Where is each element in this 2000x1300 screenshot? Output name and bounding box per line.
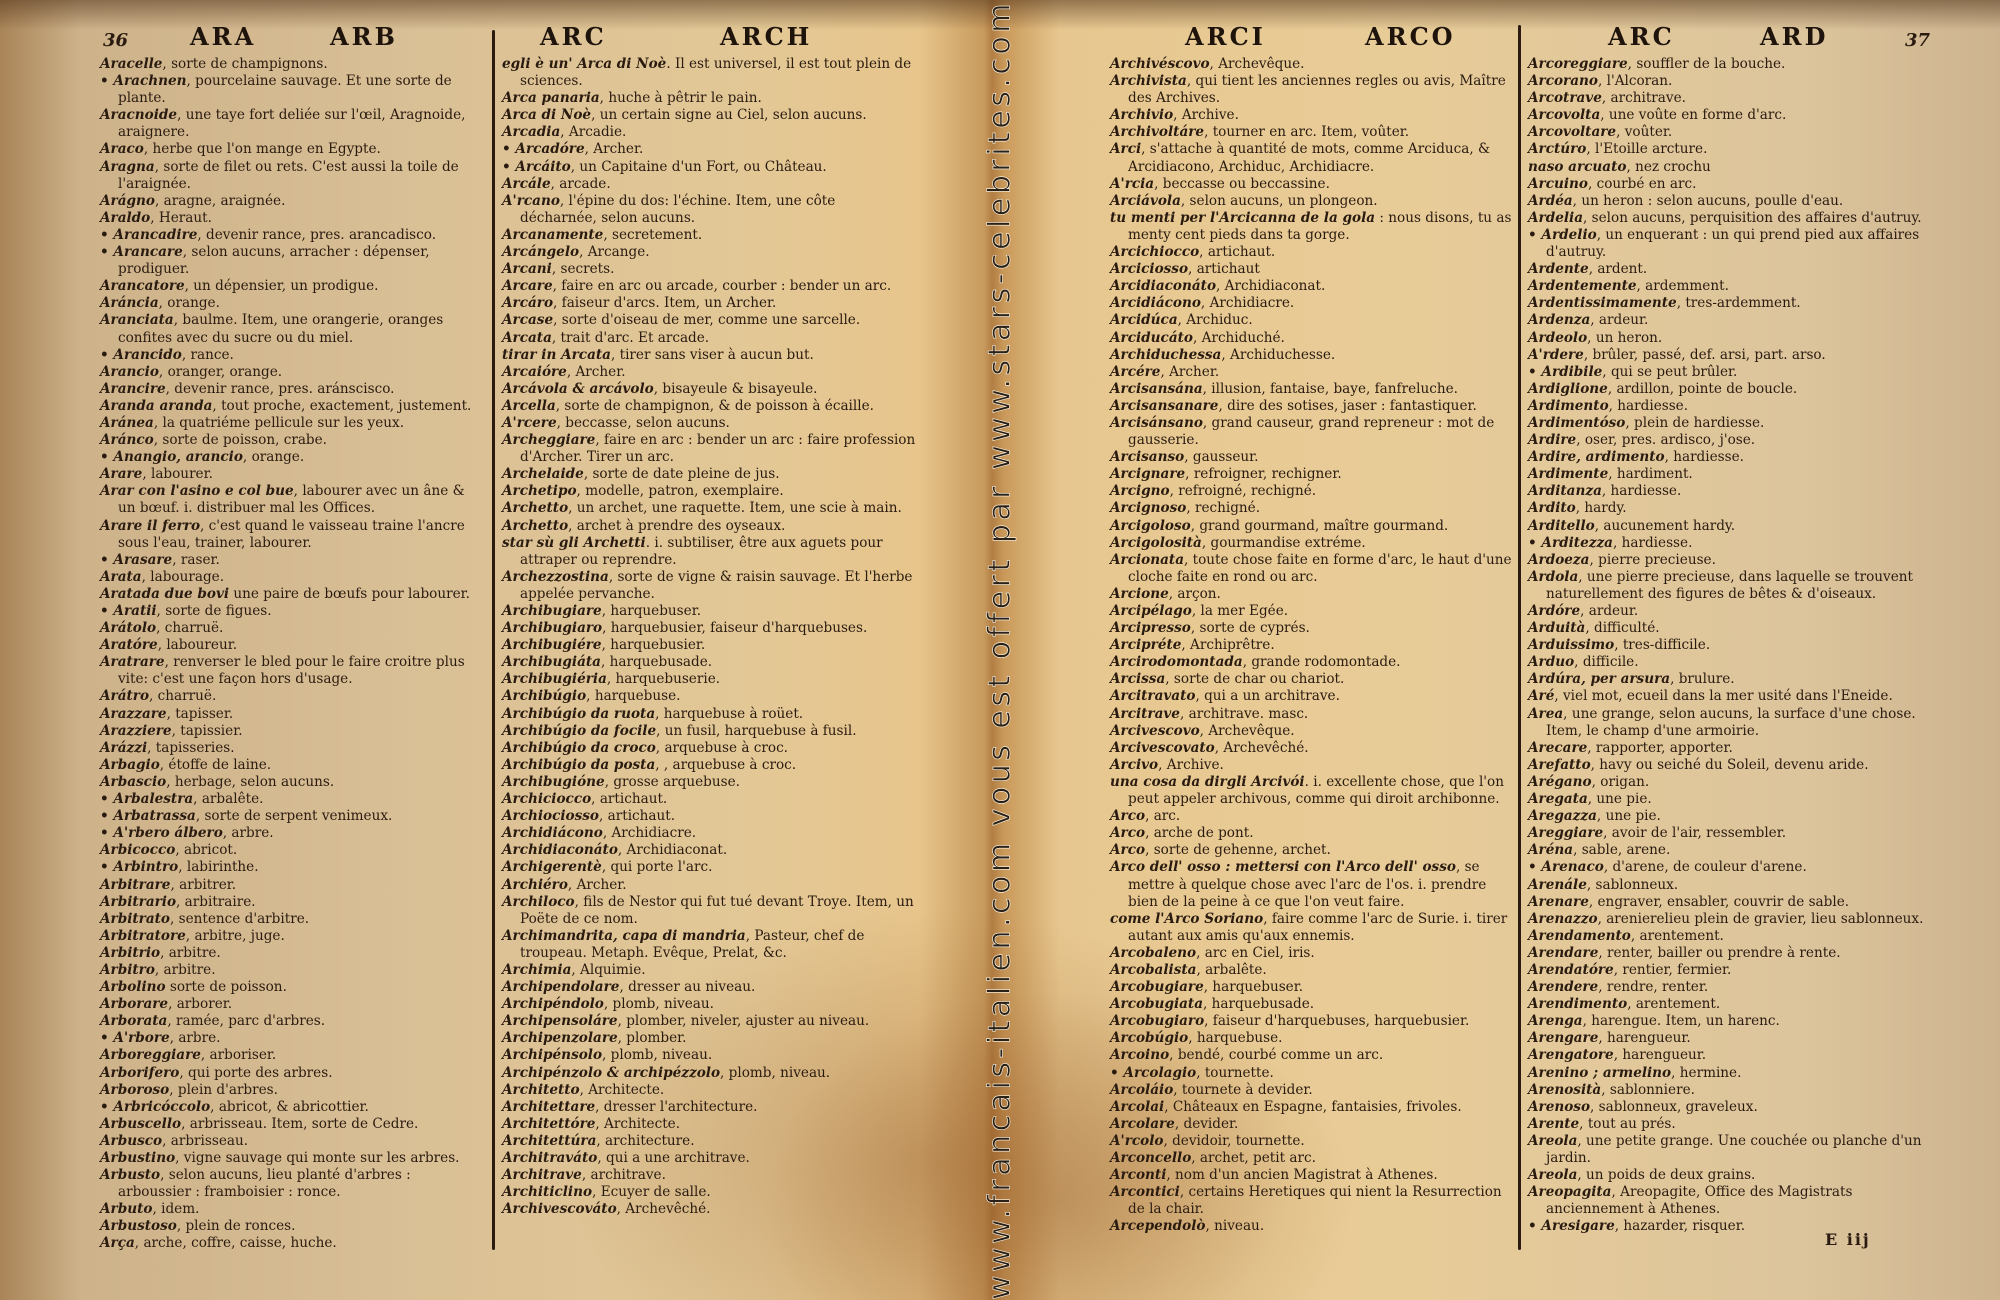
definition: , dresser l'architecture. [595, 1099, 757, 1115]
dictionary-entry: Ardimente, hardiment. [1528, 466, 1938, 483]
definition: , hardiesse. [1602, 483, 1681, 499]
headword: Arduità [1528, 620, 1585, 636]
dictionary-entry: • Aratii, sorte de figues. [100, 603, 483, 620]
dictionary-entry: Archimandrita, capa di mandria, Pasteur,… [502, 928, 916, 962]
obsolete-marker-icon: • [100, 791, 113, 807]
dictionary-entry: Arbicocco, abricot. [100, 842, 483, 859]
obsolete-marker-icon: • [1528, 535, 1541, 551]
dictionary-entry: Arenazzo, arenierelieu plein de gravier,… [1528, 911, 1938, 928]
dictionary-entry: Area, une grange, selon aucuns, la surfa… [1528, 706, 1938, 740]
dictionary-entry: Arbitrare, arbitrer. [100, 877, 483, 894]
definition: , grosse arquebuse. [605, 774, 740, 790]
definition: , arbre. [223, 825, 274, 841]
definition: , grande rodomontade. [1243, 654, 1401, 670]
definition: , voûter. [1616, 124, 1672, 140]
obsolete-marker-icon: • [100, 859, 113, 875]
dictionary-entry: Arcolare, devider. [1110, 1116, 1515, 1133]
definition: , s'attache à quantité de mots, comme Ar… [1128, 141, 1490, 174]
headword: Ardito [1528, 500, 1576, 516]
dictionary-entry: Archipénzolo & archipézzolo, plomb, nive… [502, 1065, 916, 1082]
definition: , havy ou seiché du Soleil, devenu aride… [1591, 757, 1869, 773]
definition: , harquebusade. [1203, 996, 1314, 1012]
definition: , tournete à devider. [1173, 1082, 1312, 1098]
headword: Arcovoltare [1528, 124, 1616, 140]
definition: , abricot. [175, 842, 237, 858]
dictionary-entry: Ardentemente, ardemment. [1528, 278, 1938, 295]
definition: , ardemment. [1637, 278, 1729, 294]
headword: Archibugiére [502, 637, 602, 653]
dictionary-entry: Areola, un poids de deux grains. [1528, 1167, 1938, 1184]
definition: , sorte de champignons. [162, 56, 327, 72]
headword: Arcadóre [515, 141, 584, 157]
headword: Arancio [100, 364, 159, 380]
dictionary-entry: Ardoeza, pierre precieuse. [1528, 552, 1938, 569]
dictionary-entry: Arcobugiaro, faiseur d'harquebuses, harq… [1110, 1013, 1515, 1030]
headword: Archibúgio [502, 688, 586, 704]
definition: , nez crochu [1626, 159, 1710, 175]
definition: , Archidiaconat. [618, 842, 727, 858]
dictionary-entry: Arditello, aucunement hardy. [1528, 518, 1938, 535]
definition: , selon aucuns, perquisition des affaire… [1583, 210, 1922, 226]
definition: , arbitrer. [170, 877, 236, 893]
definition: , courbé en arc. [1588, 176, 1696, 192]
headword: Arco [1110, 808, 1145, 824]
definition: , avoir de l'air, ressembler. [1603, 825, 1786, 841]
dictionary-entry: Arcichiocco, artichaut. [1110, 244, 1515, 261]
headword: A'rdere [1528, 347, 1584, 363]
definition: , artichaut. [599, 808, 675, 824]
headword: Arbustino [100, 1150, 175, 1166]
definition: , arentement. [1631, 928, 1724, 944]
dictionary-entry: Arbitrio, arbitre. [100, 945, 483, 962]
headword: Aréna [1528, 842, 1573, 858]
dictionary-entry: Arcidiácono, Archidiacre. [1110, 295, 1515, 312]
dictionary-entry: Aranciata, baulme. Item, une orangerie, … [100, 312, 483, 346]
headword: Architettare [502, 1099, 595, 1115]
definition: , qui a un architrave. [1195, 688, 1339, 704]
dictionary-entry: Arcisansanare, dire des sotises, jaser :… [1110, 398, 1515, 415]
dictionary-entry: Arcare, faire en arc ou arcade, courber … [502, 278, 916, 295]
dictionary-entry: Archibúgio da croco, arquebuse à croc. [502, 740, 916, 757]
dictionary-entry: Arco, arc. [1110, 808, 1515, 825]
headword: Ardiglione [1528, 381, 1608, 397]
dictionary-entry: • Arasare, raser. [100, 552, 483, 569]
headword: Arcependolò [1110, 1218, 1205, 1234]
definition: , plomber. [618, 1030, 687, 1046]
headword: Archiciocco [502, 791, 591, 807]
headword: Arenoso [1528, 1099, 1590, 1115]
dictionary-entry: Arctúro, l'Etoille arcture. [1528, 141, 1938, 158]
dictionary-entry: Arazzare, tapisser. [100, 706, 483, 723]
definition: , niveau. [1205, 1218, 1264, 1234]
dictionary-entry: Arcobugiare, harquebuser. [1110, 979, 1515, 996]
dictionary-entry: Arca di Noè, un certain signe au Ciel, s… [502, 107, 916, 124]
headword: star sù gli Archetti [502, 535, 646, 551]
definition: , tres-difficile. [1614, 637, 1710, 653]
definition: , dire des sotises, jaser : fantastiquer… [1218, 398, 1476, 414]
definition: , herbage, selon aucuns. [166, 774, 334, 790]
dictionary-entry: Aragna, sorte de filet ou rets. C'est au… [100, 159, 483, 193]
dictionary-entry: Ardentissimamente, tres-ardemment. [1528, 295, 1938, 312]
dictionary-entry: Arcoino, bendé, courbé comme un arc. [1110, 1047, 1515, 1064]
headword: Arenare [1528, 894, 1589, 910]
dictionary-entry: Aratrare, renverser le bled pour le fair… [100, 654, 483, 688]
definition: , difficulté. [1585, 620, 1659, 636]
definition: , arbrisseau. Item, sorte de Cedre. [181, 1116, 418, 1132]
headword: Arcipréte [1110, 637, 1181, 653]
headword: Arcotrave [1528, 90, 1602, 106]
definition: , idem. [152, 1201, 199, 1217]
definition: , gourmandise extréme. [1202, 535, 1366, 551]
definition: , fils de Nestor qui fut tué devant Troy… [520, 894, 914, 927]
dictionary-entry: Areopagita, Areopagite, Office des Magis… [1528, 1184, 1938, 1218]
dictionary-entry: • Arancare, selon aucuns, arracher : dép… [100, 244, 483, 278]
dictionary-entry: Arciducáto, Archiduché. [1110, 330, 1515, 347]
dictionary-entry: • Arbatrassa, sorte de serpent venimeux. [100, 808, 483, 825]
definition: , labourage. [142, 569, 224, 585]
dictionary-entry: Arcisansána, illusion, fantaise, baye, f… [1110, 381, 1515, 398]
definition: , arbitre. [160, 945, 221, 961]
headword: Arcirodomontada [1110, 654, 1243, 670]
dictionary-entry: Arégano, origan. [1528, 774, 1938, 791]
headword: Arditello [1528, 518, 1595, 534]
dictionary-entry: una cosa da dirgli Arcivói. i. excellent… [1110, 774, 1515, 808]
headword: Aracnoide [100, 107, 177, 123]
definition: , renverser le bled pour le faire croitr… [118, 654, 465, 687]
headword: Arbascio [100, 774, 166, 790]
definition: , brûler, passé, def. arsi, part. arso. [1584, 347, 1826, 363]
dictionary-entry: Archibugiaro, harquebusier, faiseur d'ha… [502, 620, 916, 637]
headword: Archimandrita, capa di mandria [502, 928, 746, 944]
definition: , tirer sans viser à aucun but. [611, 347, 814, 363]
headword: Arcolagio [1123, 1065, 1196, 1081]
dictionary-entry: Archivista, qui tient les anciennes regl… [1110, 73, 1515, 107]
headword: Arcáito [515, 159, 570, 175]
headword: Arátro [100, 688, 149, 704]
dictionary-entry: Archipenzolare, plomber. [502, 1030, 916, 1047]
definition: , arbrisseau. [162, 1133, 248, 1149]
dictionary-entry: Ardente, ardent. [1528, 261, 1938, 278]
headword: Arbuscello [100, 1116, 181, 1132]
headword: Arar con l'asino e col bue [100, 483, 294, 499]
dictionary-entry: Arcitravato, qui a un architrave. [1110, 688, 1515, 705]
guide-word-ard: ARD [1760, 22, 1828, 51]
headword: Arendare [1528, 945, 1598, 961]
headword: Archipéndolo [502, 996, 604, 1012]
headword: Arcére [1110, 364, 1160, 380]
headword: Arboreggiare [100, 1047, 201, 1063]
dictionary-entry: Ardóre, ardeur. [1528, 603, 1938, 620]
headword: una cosa da dirgli Arcivói [1110, 774, 1305, 790]
definition: , abricot, & abricottier. [210, 1099, 369, 1115]
definition: , hermine. [1671, 1065, 1741, 1081]
headword: Arendatóre [1528, 962, 1614, 978]
headword: Arbitrare [100, 877, 170, 893]
headword: Archiéro [502, 877, 568, 893]
dictionary-entry: Arbusco, arbrisseau. [100, 1133, 483, 1150]
dictionary-entry: A'rcere, beccasse, selon aucuns. [502, 415, 916, 432]
dictionary-entry: Arenga, harengue. Item, un harenc. [1528, 1013, 1938, 1030]
dictionary-entry: tirar in Arcata, tirer sans viser à aucu… [502, 347, 916, 364]
dictionary-entry: Archibugióne, grosse arquebuse. [502, 774, 916, 791]
dictionary-entry: Arcirodomontada, grande rodomontade. [1110, 654, 1515, 671]
dictionary-entry: Areggiare, avoir de l'air, ressembler. [1528, 825, 1938, 842]
definition: , sentence d'arbitre. [170, 911, 309, 927]
headword: Arazziere [100, 723, 172, 739]
definition: , Arcange. [579, 244, 650, 260]
obsolete-marker-icon: • [100, 227, 113, 243]
headword: Ardelio [1541, 227, 1596, 243]
definition: , Archiduc. [1178, 312, 1253, 328]
obsolete-marker-icon: • [100, 73, 113, 89]
headword: Archezzostina [502, 569, 609, 585]
definition: , Archidiacre. [603, 825, 696, 841]
headword: Arcanamente [502, 227, 603, 243]
dictionary-entry: Arcivescovato, Archevêché. [1110, 740, 1515, 757]
definition: , qui a une architrave. [597, 1150, 750, 1166]
headword: Archibúgio da croco [502, 740, 656, 756]
headword: Arcaióre [502, 364, 567, 380]
headword: Arcorano [1528, 73, 1598, 89]
definition: , renter, bailler ou prendre à rente. [1598, 945, 1840, 961]
definition: , plomber, niveler, ajuster au niveau. [618, 1013, 870, 1029]
definition: , Archiduchesse. [1221, 347, 1335, 363]
definition: , Archevêché. [1215, 740, 1309, 756]
headword: Arbitratore [100, 928, 186, 944]
headword: Ardire [1528, 432, 1576, 448]
headword: Arcigno [1110, 483, 1170, 499]
headword: Arbusco [100, 1133, 162, 1149]
headword: Arcase [502, 312, 553, 328]
dictionary-entry: Arborare, arborer. [100, 996, 483, 1013]
headword: Archipensoláre [502, 1013, 618, 1029]
headword: Ardire, ardimento [1528, 449, 1665, 465]
definition: , tapisseries. [147, 740, 234, 756]
headword: Ardoeza [1528, 552, 1589, 568]
headword: come l'Arco Soriano [1110, 911, 1263, 927]
dictionary-entry: • Arbintro, labirinthe. [100, 859, 483, 876]
dictionary-entry: Aracelle, sorte de champignons. [100, 56, 483, 73]
definition: , arcade. [551, 176, 611, 192]
headword: Arcontici [1110, 1184, 1180, 1200]
dictionary-entry: Ardola, une pierre precieuse, dans laque… [1528, 569, 1938, 603]
headword: Archiduchessa [1110, 347, 1221, 363]
headword: Arciávola [1110, 193, 1181, 209]
headword: Areola [1528, 1167, 1577, 1183]
headword: Arcángelo [502, 244, 579, 260]
headword: Arázzi [100, 740, 147, 756]
dictionary-entry: Aracnoide, une taye fort deliée sur l'œi… [100, 107, 483, 141]
definition: , origan. [1592, 774, 1650, 790]
definition: , laboureur. [158, 637, 237, 653]
headword: Arenino ; armelino [1528, 1065, 1671, 1081]
dictionary-entry: Arciávola, selon aucuns, un plongeon. [1110, 193, 1515, 210]
dictionary-entry: Architraváto, qui a une architrave. [502, 1150, 916, 1167]
headword: Arconcello [1110, 1150, 1191, 1166]
dictionary-entry: A'rcano, l'épine du dos: l'échine. Item,… [502, 193, 916, 227]
definition: , une petite grange. Une couchée ou plan… [1546, 1133, 1922, 1166]
definition: , huche à pêtrir le pain. [600, 90, 762, 106]
definition: , arbitre, juge. [186, 928, 285, 944]
dictionary-entry: Archibugiéria, harquebuserie. [502, 671, 916, 688]
headword: Archelaide [502, 466, 584, 482]
right-page: ARCI ARCO ARC ARD 37 Archivéscovo, Arche… [1015, 0, 2000, 1300]
dictionary-entry: star sù gli Archetti. i. subtiliser, êtr… [502, 535, 916, 569]
definition: , secrets. [552, 261, 615, 277]
headword: Arcata [502, 330, 552, 346]
dictionary-entry: Arcanamente, secretement. [502, 227, 916, 244]
dictionary-entry: Arendatóre, rentier, fermier. [1528, 962, 1938, 979]
obsolete-marker-icon: • [100, 347, 113, 363]
definition: , hardiesse. [1613, 535, 1692, 551]
obsolete-marker-icon: • [100, 808, 113, 824]
dictionary-entry: Arcissa, sorte de char ou chariot. [1110, 671, 1515, 688]
definition: , sorte de gehenne, archet. [1145, 842, 1331, 858]
headword: Aré [1528, 688, 1554, 704]
headword: Archibúgio da posta [502, 757, 655, 773]
guide-word-arb: ARB [330, 22, 398, 51]
dictionary-entry: Arconti, nom d'un ancien Magistrat à Ath… [1110, 1167, 1515, 1184]
dictionary-entry: Archezzostina, sorte de vigne & raisin s… [502, 569, 916, 603]
headword: Arbitrato [100, 911, 170, 927]
headword: Architettúra [502, 1133, 596, 1149]
headword: Arente [1528, 1116, 1579, 1132]
headword: Arasare [113, 552, 172, 568]
definition: , oranger, orange. [159, 364, 282, 380]
definition: , rentier, fermier. [1614, 962, 1732, 978]
headword: Archivista [1110, 73, 1187, 89]
headword: Arcáro [502, 295, 553, 311]
dictionary-entry: Archipensoláre, plomber, niveler, ajuste… [502, 1013, 916, 1030]
dictionary-entry: come l'Arco Soriano, faire comme l'arc d… [1110, 911, 1515, 945]
definition: , harengueur. [1598, 1030, 1690, 1046]
dictionary-entry: Archipéndolo, plomb, niveau. [502, 996, 916, 1013]
dictionary-entry: Arcata, trait d'arc. Et arcade. [502, 330, 916, 347]
headword: Arcigoloso [1110, 518, 1191, 534]
dictionary-entry: Aráncia, orange. [100, 295, 483, 312]
headword: Arátolo [100, 620, 156, 636]
definition: , plomb, niveau. [602, 1047, 712, 1063]
obsolete-marker-icon: • [502, 141, 515, 157]
dictionary-entry: Ardúra, per arsura, brulure. [1528, 671, 1938, 688]
headword: Aratada due bovi [100, 586, 229, 602]
dictionary-entry: Arboroso, plein d'arbres. [100, 1082, 483, 1099]
headword: Arbolino [100, 979, 166, 995]
headword: Arconti [1110, 1167, 1166, 1183]
definition: , harquebuse. [1188, 1030, 1282, 1046]
headword: Arcione [1110, 586, 1169, 602]
definition: , charruë. [156, 620, 223, 636]
dictionary-entry: Arcani, secrets. [502, 261, 916, 278]
dictionary-entry: Ardelia, selon aucuns, perquisition des … [1528, 210, 1938, 227]
dictionary-entry: Arcávola & arcávolo, bisayeule & bisayeu… [502, 381, 916, 398]
headword: Areola [1528, 1133, 1577, 1149]
definition: , hardiesse. [1609, 398, 1688, 414]
definition: , architrave. [1602, 90, 1686, 106]
headword: Arcipélago [1110, 603, 1192, 619]
dictionary-entry: Arduità, difficulté. [1528, 620, 1938, 637]
headword: Areopagita [1528, 1184, 1612, 1200]
definition: , sorte de serpent venimeux. [196, 808, 393, 824]
headword: A'rbore [113, 1030, 169, 1046]
definition: , Archer. [585, 141, 644, 157]
definition: , l'épine du dos: l'échine. Item, une cô… [520, 193, 835, 226]
headword: Arcobugiare [1110, 979, 1204, 995]
definition: , arc en Ciel, iris. [1196, 945, 1315, 961]
headword: Arefatto [1528, 757, 1591, 773]
dictionary-entry: Arente, tout au prés. [1528, 1116, 1938, 1133]
definition: , harengue. Item, un harenc. [1583, 1013, 1780, 1029]
definition: , l'Alcoran. [1598, 73, 1672, 89]
dictionary-entry: Arenosità, sablonniere. [1528, 1082, 1938, 1099]
definition: , rendre, renter. [1598, 979, 1708, 995]
headword: Arcoláio [1110, 1082, 1173, 1098]
dictionary-entry: Archipendolare, dresser au niveau. [502, 979, 916, 996]
dictionary-entry: Aréna, sable, arene. [1528, 842, 1938, 859]
dictionary-entry: Arcuino, courbé en arc. [1528, 176, 1938, 193]
definition: , tout proche, exactement, justement. [212, 398, 471, 414]
definition: , qui porte l'arc. [602, 859, 713, 875]
definition: , Archevêque. [1200, 723, 1295, 739]
headword: Anangio, arancio [113, 449, 243, 465]
headword: Arcivescovo [1110, 723, 1200, 739]
dictionary-entry: Aregata, une pie. [1528, 791, 1938, 808]
dictionary-entry: Arbusto, selon aucuns, lieu planté d'arb… [100, 1167, 483, 1201]
headword: Aránea [100, 415, 154, 431]
definition: , arbitraire. [176, 894, 256, 910]
dictionary-entry: Aránea, la quatriéme pellicule sur les y… [100, 415, 483, 432]
dictionary-entry: Architetto, Architecte. [502, 1082, 916, 1099]
definition: , Archer. [1160, 364, 1219, 380]
definition: , arbalête. [1196, 962, 1266, 978]
dictionary-entry: Arcionata, toute chose faite en forme d'… [1110, 552, 1515, 586]
headword: Archipenzolare [502, 1030, 618, 1046]
dictionary-entry: Arcére, Archer. [1110, 364, 1515, 381]
dictionary-entry: Arcignare, refroigner, rechigner. [1110, 466, 1515, 483]
headword: Archetto [502, 500, 568, 516]
headword: Arare il ferro [100, 518, 200, 534]
definition: , tapissier. [172, 723, 243, 739]
headword: Archidiácono [502, 825, 603, 841]
definition: , bendé, courbé comme un arc. [1169, 1047, 1383, 1063]
definition: , plomb, niveau. [720, 1065, 830, 1081]
definition: , un fusil, harquebuse à fusil. [656, 723, 856, 739]
dictionary-column-1: Aracelle, sorte de champignons.• Arachne… [100, 56, 483, 1253]
dictionary-entry: Araco, herbe que l'on mange en Egypte. [100, 141, 483, 158]
definition: , tourner en arc. Item, voûter. [1204, 124, 1409, 140]
headword: Ardúra, per arsura [1528, 671, 1670, 687]
headword: Arcadia [502, 124, 560, 140]
headword: Aratóre [100, 637, 158, 653]
dictionary-column-2: egli è un' Arca di Noè. Il est universel… [502, 56, 916, 1218]
headword: Arcivo [1110, 757, 1158, 773]
definition: , brulure. [1670, 671, 1735, 687]
headword: Arborare [100, 996, 168, 1012]
definition: , une grange, selon aucuns, la surface d… [1546, 706, 1916, 739]
definition: , harquebuse. [586, 688, 680, 704]
headword: A'rcere [502, 415, 557, 431]
definition: , sablonneux, graveleux. [1590, 1099, 1758, 1115]
dictionary-entry: • A'rbore, arbre. [100, 1030, 483, 1047]
dictionary-entry: • Ardibile, qui se peut brûler. [1528, 364, 1938, 381]
dictionary-entry: Arca panaria, huche à pêtrir le pain. [502, 90, 916, 107]
headword: Arenosità [1528, 1082, 1601, 1098]
dictionary-entry: Arcidiaconáto, Archidiaconat. [1110, 278, 1515, 295]
headword: Ardibile [1541, 364, 1602, 380]
headword: Arcignoso [1110, 500, 1186, 516]
headword: Archiociosso [502, 808, 599, 824]
headword: Arazzare [100, 706, 167, 722]
